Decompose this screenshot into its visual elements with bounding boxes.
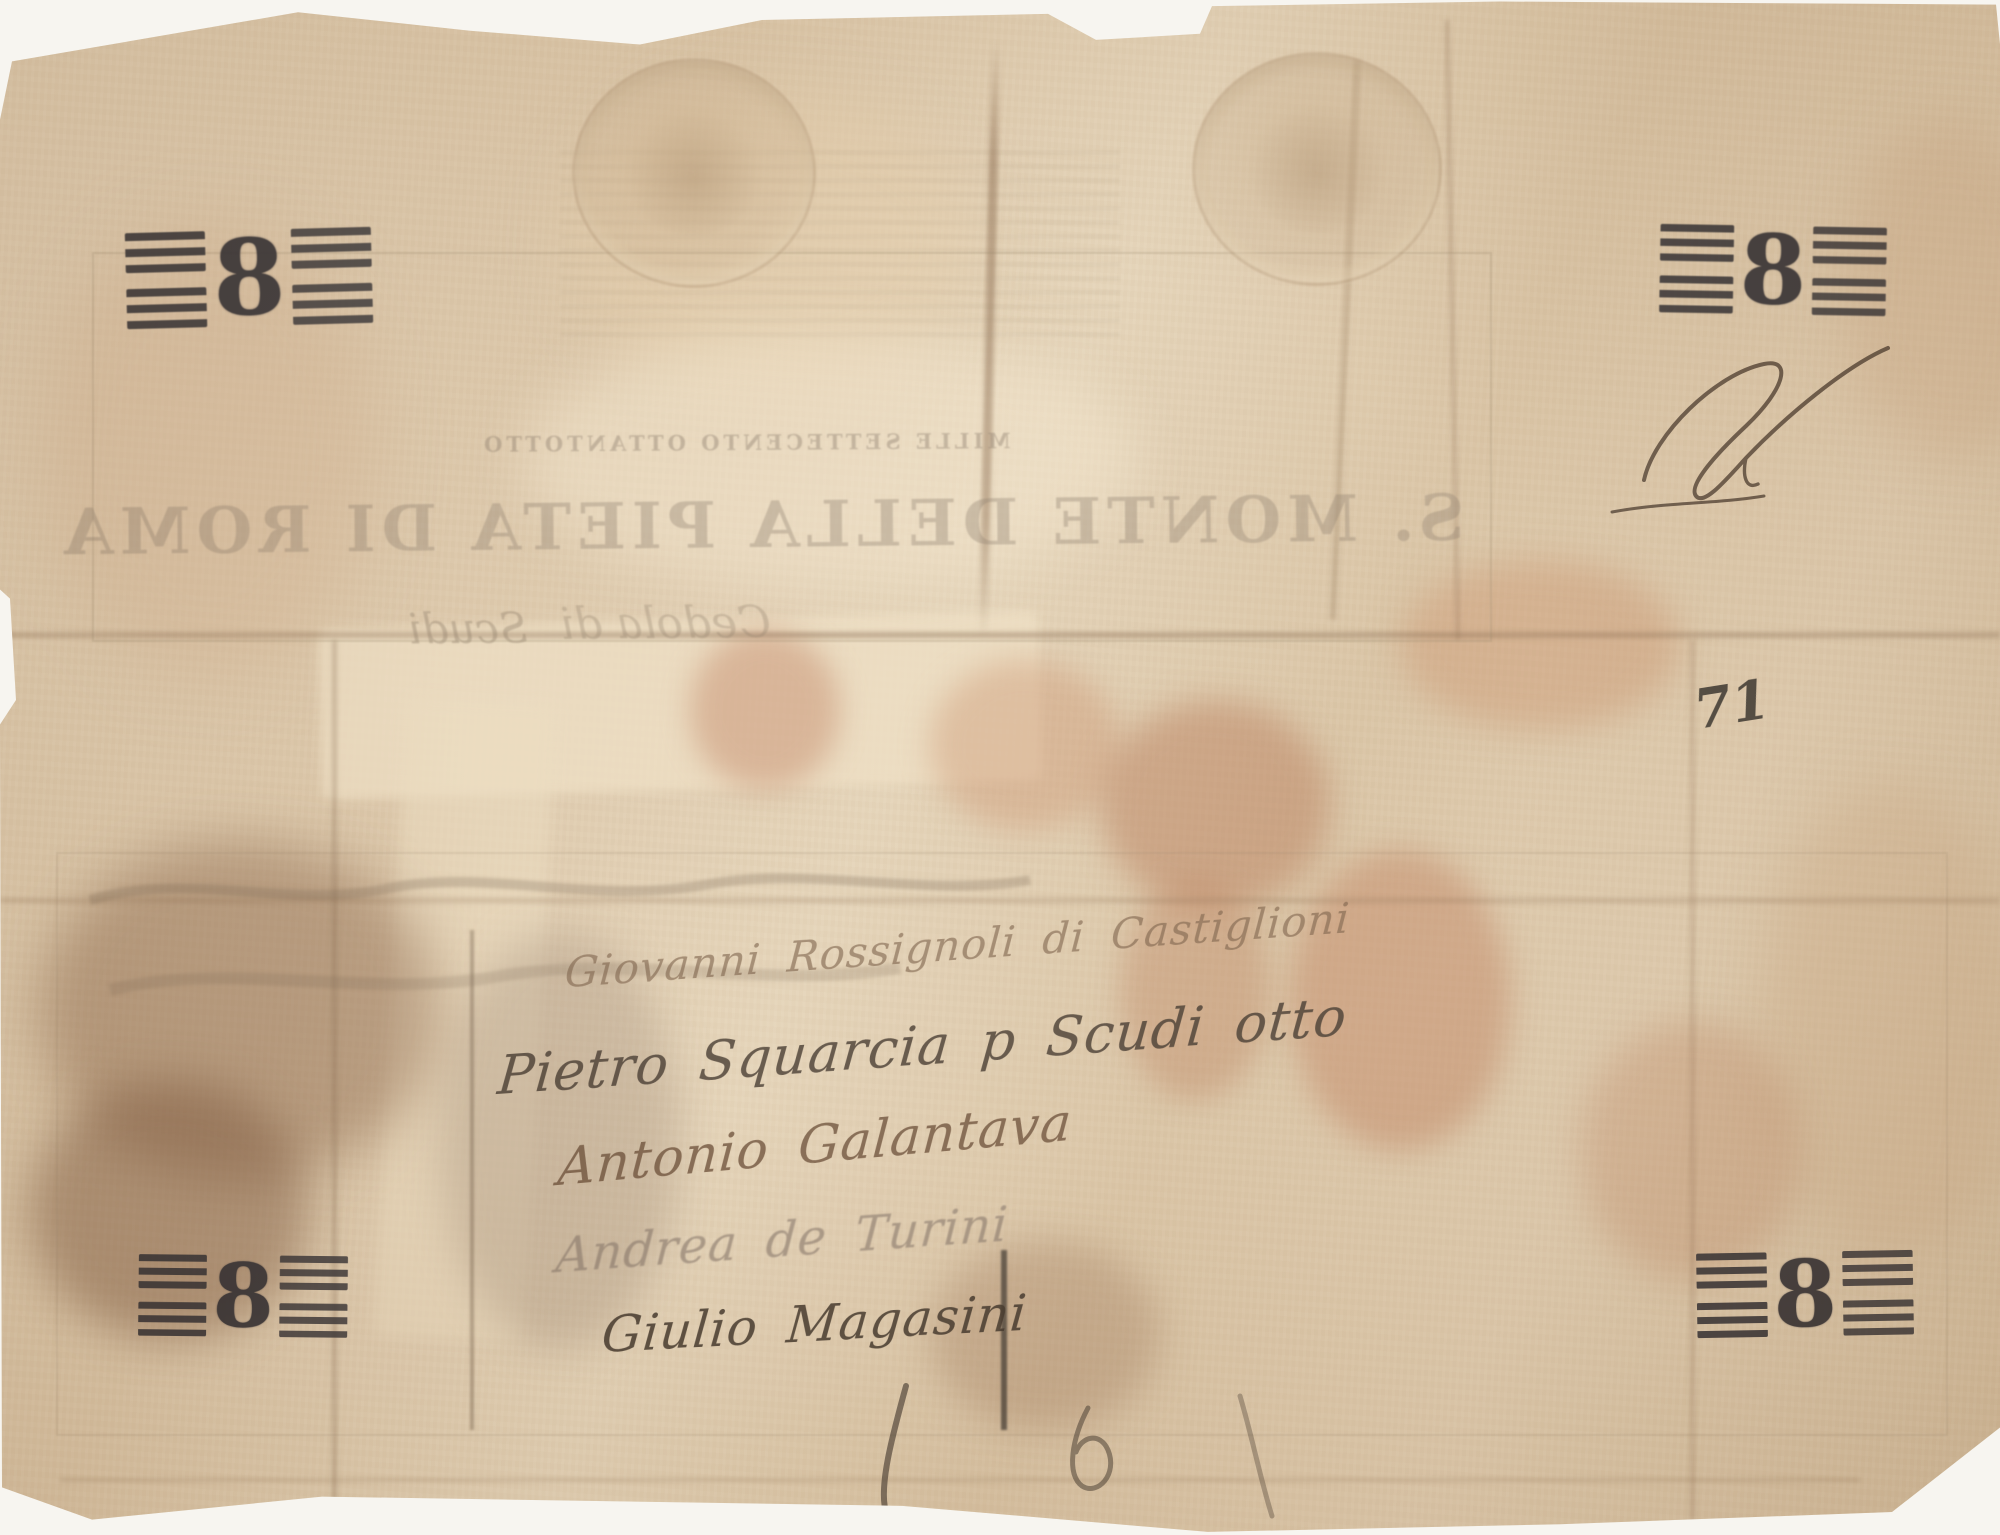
stamp-digit: 8 [212,1257,274,1335]
stamp-bars-right [279,1256,348,1338]
embossed-seal-right-core [1249,101,1386,233]
value-stamp-bottom-left: 8 [138,1254,348,1338]
stamp-digit: 8 [212,231,287,324]
showthrough-title-line: S. MONTE DELLA PIETA DI ROMA [58,481,1465,571]
stamp-bars-right [1812,227,1887,317]
showthrough-cedola-fragment: Cedola di [560,597,771,650]
embossed-seal-left [572,58,816,288]
stamp-bars-left [1659,224,1734,314]
paper-sheet: MILLE SETTECENTO OTTANTOTTO S. MONTE DEL… [0,0,2000,1535]
scanned-banknote-verso: MILLE SETTECENTO OTTANTOTTO S. MONTE DEL… [0,0,2000,1535]
stamp-bars-left [138,1254,207,1336]
ink-paraph-flourish [1596,330,1916,520]
stain-red-1 [690,630,840,790]
value-stamp-top-left: 8 [125,227,374,329]
embossed-seal-right [1192,52,1442,286]
stamp-digit: 8 [1739,227,1807,312]
embossed-seal-left-core [627,106,760,236]
value-stamp-top-right: 8 [1659,224,1887,316]
stamp-bars-left [1696,1252,1768,1338]
value-stamp-bottom-right: 8 [1696,1250,1914,1338]
stain-red-2 [930,660,1120,830]
showthrough-date-line: MILLE SETTECENTO OTTANTOTTO [480,428,1011,457]
stamp-bars-left [125,231,207,329]
ink-number-mark: 71 [1689,667,1773,742]
stamp-bars-right [291,227,373,325]
showthrough-scudi-fragment: Scudi [408,603,528,653]
stamp-digit: 8 [1773,1253,1838,1335]
stamp-bars-right [1842,1250,1914,1336]
bottom-ink-flourish [820,1378,1340,1535]
